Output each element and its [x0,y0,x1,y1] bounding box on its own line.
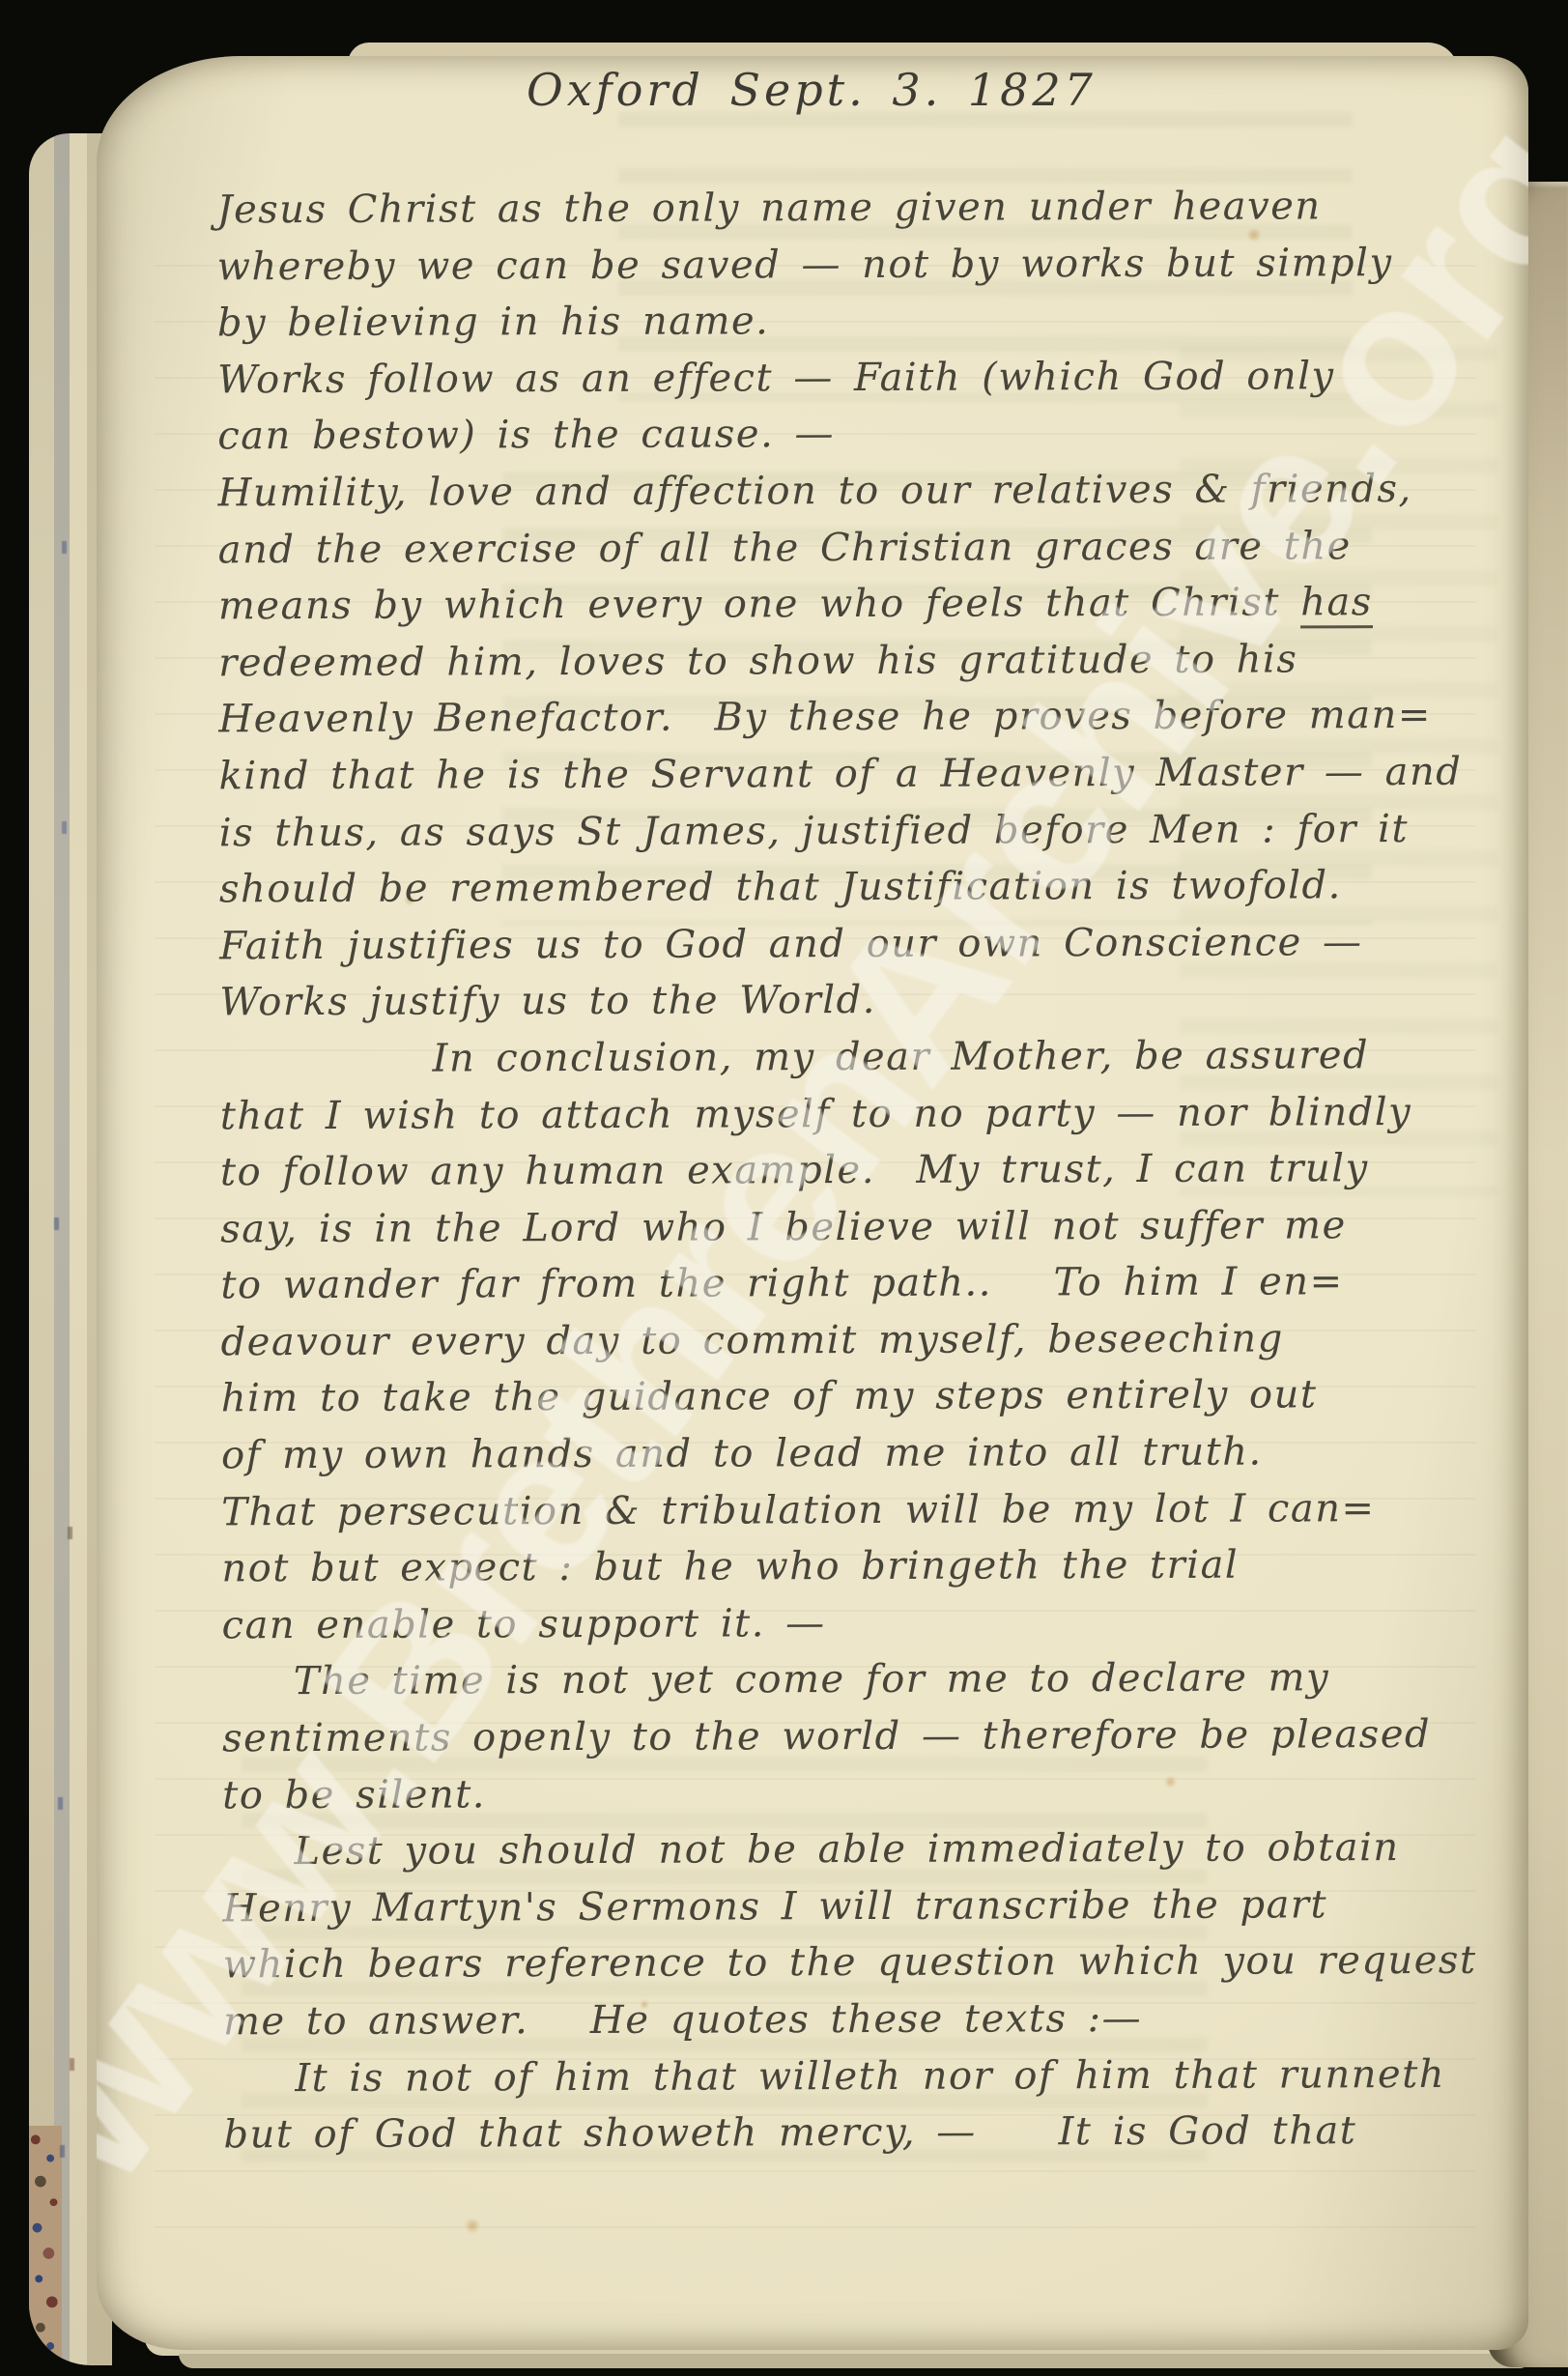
line-text: can enable to support it. — [222,1601,826,1647]
manuscript-line: Faith justifies us to God and our own Co… [219,913,1510,974]
line-text: to wander far from the right path.. To h… [220,1260,1343,1308]
manuscript-line: me to answer. He quotes these texts :— [223,1990,1514,2050]
line-text: of my own hands and to lead me into all … [221,1430,1263,1478]
manuscript-line: Works follow as an effect — Faith (which… [217,347,1508,408]
line-text: Jesus Christ as the only name given unde… [216,184,1321,232]
line-text: It is not of him that willeth nor of him… [295,2052,1445,2101]
line-text: to be silent. [222,1772,486,1818]
manuscript-line: that I wish to attach myself to no party… [220,1083,1511,1144]
manuscript-line: can enable to support it. — [222,1593,1513,1654]
page-edge-bottom [179,2354,1531,2368]
line-text: sentiments openly to the world — therefo… [222,1712,1431,1761]
marbled-board-edge [29,2126,62,2358]
line-text: Works justify us to the World. [219,978,876,1024]
manuscript-line: say, is in the Lord who I believe will n… [220,1196,1511,1257]
letter-body: Jesus Christ as the only name given unde… [216,178,1514,2163]
manuscript-line: which bears reference to the question wh… [223,1932,1514,1993]
line-text: Lest you should not be able immediately … [294,1825,1399,1874]
manuscript-line: Lest you should not be able immediately … [222,1819,1513,1880]
line-text: to follow any human example. My trust, I… [220,1146,1369,1194]
manuscript-line: That persecution & tribulation will be m… [221,1479,1512,1540]
manuscript-line: him to take the guidance of my steps ent… [221,1366,1512,1427]
line-text: That persecution & tribulation will be m… [221,1486,1375,1534]
line-text: Humility, love and affection to our rela… [217,467,1411,515]
manuscript-line: The time is not yet come for me to decla… [222,1649,1513,1710]
line-text: Henry Martyn's Sermons I will transcribe… [223,1882,1328,1931]
manuscript-line: of my own hands and to lead me into all … [221,1423,1512,1484]
manuscript-line: Jesus Christ as the only name given unde… [216,178,1507,239]
manuscript-line: In conclusion, my dear Mother, be assure… [219,1027,1510,1088]
manuscript-line: It is not of him that willeth nor of him… [223,2046,1514,2106]
manuscript-line: should be remembered that Justification … [219,857,1510,918]
manuscript-line: by believing in his name. [217,291,1508,352]
line-text: which bears reference to the question wh… [223,1938,1477,1988]
line-text: whereby we can be saved — not by works b… [217,241,1393,289]
line-text: can bestow) is the cause. — [217,412,835,458]
manuscript-line: sentiments openly to the world — therefo… [222,1706,1513,1767]
line-text: him to take the guidance of my steps ent… [221,1373,1318,1421]
foxing-spot [464,2219,481,2233]
line-text: means by which every one who feels that … [218,581,1300,629]
line-text: that I wish to attach myself to no party… [220,1090,1412,1138]
line-text: by believing in his name. [217,300,770,346]
line-text: deavour every day to commit myself, bese… [221,1316,1284,1364]
manuscript-page: Oxford Sept. 3. 1827 Jesus Christ as the… [97,56,1528,2350]
line-text: kind that he is the Servant of a Heavenl… [218,750,1462,798]
manuscript-line: Humility, love and affection to our rela… [217,461,1508,522]
manuscript-line: not but expect : but he who bringeth the… [221,1536,1512,1597]
fore-edge-ink-marks [62,541,67,554]
manuscript-line: Heavenly Benefactor. By these he proves … [218,687,1509,748]
manuscript-line: to be silent. [222,1762,1513,1823]
manuscript-line: can bestow) is the cause. — [217,404,1508,465]
manuscript-line: Works justify us to the World. [219,970,1510,1031]
manuscript-line: is thus, as says St James, justified bef… [219,800,1510,861]
manuscript-line: and the exercise of all the Christian gr… [218,517,1509,578]
line-text: but of God that showeth mercy, — It is G… [223,2108,1356,2157]
page-edge-strip [54,133,70,2365]
manuscript-line: kind that he is the Servant of a Heavenl… [218,744,1509,805]
manuscript-line: deavour every day to commit myself, bese… [221,1310,1512,1371]
manuscript-line: to follow any human example. My trust, I… [220,1140,1511,1201]
scanned-notebook-photo: Oxford Sept. 3. 1827 Jesus Christ as the… [0,0,1568,2376]
line-text: Heavenly Benefactor. By these he proves … [218,693,1432,741]
dateline: Oxford Sept. 3. 1827 [502,64,1121,116]
manuscript-line: Henry Martyn's Sermons I will transcribe… [223,1875,1514,1936]
line-text: redeemed him, loves to show his gratitud… [218,637,1297,685]
line-text: is thus, as says St James, justified bef… [219,807,1409,855]
manuscript-line: means by which every one who feels that … [218,574,1509,635]
manuscript-line: redeemed him, loves to show his gratitud… [218,630,1509,691]
line-text: Faith justifies us to God and our own Co… [219,920,1362,968]
line-text: and the exercise of all the Christian gr… [218,524,1352,572]
line-text: me to answer. He quotes these texts :— [223,1996,1142,2044]
line-text: Works follow as an effect — Faith (which… [217,354,1335,402]
page-edge-strip [70,133,87,2365]
line-text: should be remembered that Justification … [219,863,1342,911]
manuscript-line: but of God that showeth mercy, — It is G… [223,2103,1514,2163]
manuscript-line: whereby we can be saved — not by works b… [217,234,1508,295]
page-edge-strip [29,133,54,2365]
line-text: The time is not yet come for me to decla… [294,1656,1329,1704]
manuscript-line: to wander far from the right path.. To h… [220,1253,1511,1314]
underlined-word: has [1300,580,1373,628]
line-text: In conclusion, my dear Mother, be assure… [433,1033,1370,1080]
line-text: say, is in the Lord who I believe will n… [220,1203,1347,1251]
line-text: not but expect : but he who bringeth the… [221,1543,1239,1591]
